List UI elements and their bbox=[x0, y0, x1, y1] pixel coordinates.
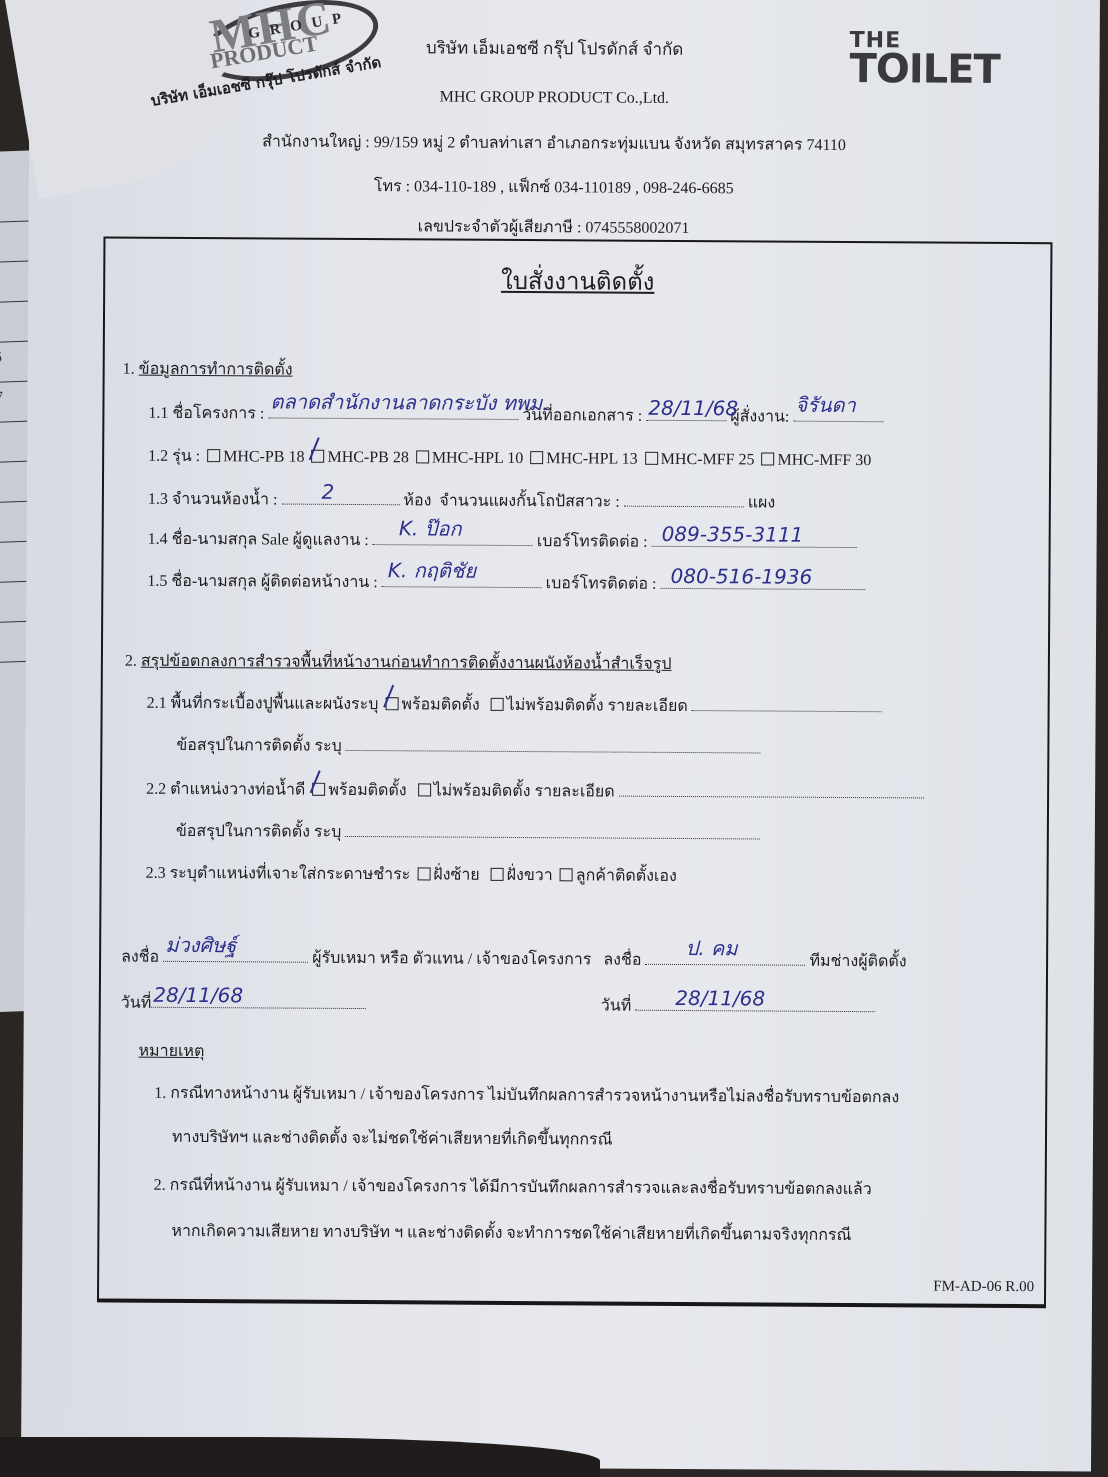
signature-row: ลงชื่อ ม่วงศิษฐ์ ผู้รับเหมา หรือ ตัวแทน … bbox=[121, 945, 907, 975]
row-1-4: 1.4 ชื่อ-นามสกุล Sale ผู้ดูแลงาน : K. ป๊… bbox=[148, 527, 857, 556]
model-checkbox[interactable] bbox=[207, 449, 220, 462]
row-2-2: 2.2 ตำแหน่งวางท่อน้ำดี พร้อมติดตั้ง ไม่พ… bbox=[146, 777, 924, 807]
installer-date-field[interactable]: 28/11/68 bbox=[635, 996, 875, 1012]
ready-checkbox[interactable] bbox=[312, 783, 325, 796]
row-number: 5 bbox=[0, 310, 1, 327]
sale-name-field[interactable]: K. ป๊อก bbox=[373, 530, 533, 546]
model-checkbox[interactable] bbox=[530, 451, 543, 464]
urinal-count-field[interactable] bbox=[624, 492, 744, 508]
ready-checkbox[interactable] bbox=[385, 697, 398, 710]
ordered-by-field[interactable]: จิรันดา bbox=[793, 407, 883, 423]
contractor-signature-field[interactable]: ม่วงศิษฐ์ bbox=[163, 947, 308, 963]
not-ready-checkbox[interactable] bbox=[491, 698, 504, 711]
installation-order-form: MHC GROUP PRODUCT บริษัท เอ็มเอชซี กรุ๊ป… bbox=[21, 0, 1100, 1472]
form-code: FM-AD-06 R.00 bbox=[933, 1279, 1034, 1297]
room-count-field[interactable]: 2 bbox=[281, 490, 399, 506]
row-number: 6 bbox=[0, 350, 2, 367]
row-2-3: 2.3 ระบุตำแหน่งที่เจาะใส่กระดาษชำระ ฝั่ง… bbox=[146, 861, 677, 889]
section2-heading: 2. สรุปข้อตกลงการสำรวจพื้นที่หน้างานก่อน… bbox=[125, 649, 672, 677]
company-phone: โทร : 034-110-189 , แฟ็กซ์ 034-110189 , … bbox=[19, 172, 1089, 204]
detail-field[interactable] bbox=[692, 696, 882, 712]
form-frame: ใบสั่งงานติดตั้ง 1. ข้อมูลการทำการติดตั้… bbox=[97, 236, 1052, 1308]
row-2-1-summary: ข้อสรุปในการติดตั้ง ระบุ bbox=[176, 733, 761, 762]
tissue-position-checkbox[interactable] bbox=[560, 868, 573, 881]
sale-phone-field[interactable]: 089-355-3111 bbox=[652, 532, 857, 548]
model-checkbox[interactable] bbox=[645, 452, 658, 465]
section1-heading: 1. ข้อมูลการทำการติดตั้ง bbox=[123, 357, 293, 383]
row-1-5: 1.5 ชื่อ-นามสกุล ผู้ติดต่อหน้างาน : K. ก… bbox=[147, 569, 865, 598]
summary-field[interactable] bbox=[346, 736, 761, 754]
note-1-line-1: 1. กรณีทางหน้างาน ผู้รับเหมา / เจ้าของโค… bbox=[154, 1081, 899, 1111]
model-checkbox[interactable] bbox=[311, 450, 324, 463]
contact-phone-field[interactable]: 080-516-1936 bbox=[660, 574, 865, 590]
row-1-1: 1.1 ชื่อโครงการ : ตลาดสำนักงานลาดกระบัง … bbox=[148, 401, 883, 430]
note-1-line-2: ทางบริษัทฯ และช่างติดตั้ง จะไม่ชดใช้ค่าเ… bbox=[172, 1125, 613, 1153]
row-number: 7 bbox=[0, 390, 3, 407]
model-checkbox[interactable] bbox=[416, 450, 429, 463]
tissue-position-checkbox[interactable] bbox=[491, 868, 504, 881]
note-2-line-1: 2. กรณีที่หน้างาน ผู้รับเหมา / เจ้าของโค… bbox=[154, 1173, 872, 1202]
notes-heading: หมายเหตุ bbox=[138, 1039, 204, 1064]
row-1-3: 1.3 จำนวนห้องน้ำ : 2 ห้อง จำนวนแผงกั้นโถ… bbox=[148, 487, 776, 516]
note-2-line-2: หากเกิดความเสียหาย ทางบริษัท ฯ และช่างติ… bbox=[171, 1219, 851, 1248]
contact-name-field[interactable]: K. กฤติชัย bbox=[382, 572, 542, 588]
model-checkbox[interactable] bbox=[761, 452, 774, 465]
contractor-date-field[interactable]: 28/11/68 bbox=[151, 993, 366, 1009]
row-2-2-summary: ข้อสรุปในการติดตั้ง ระบุ bbox=[176, 819, 761, 848]
form-title: ใบสั่งงานติดตั้ง bbox=[105, 258, 1050, 303]
detail-field[interactable] bbox=[619, 782, 924, 799]
issue-date-field[interactable]: 28/11/68 bbox=[646, 406, 726, 421]
not-ready-checkbox[interactable] bbox=[418, 783, 431, 796]
date-row-left: วันที่28/11/68 bbox=[121, 991, 367, 1017]
installer-signature-field[interactable]: ป. คม bbox=[645, 950, 805, 966]
tissue-position-checkbox[interactable] bbox=[417, 867, 430, 880]
summary-field[interactable] bbox=[345, 822, 760, 840]
row-1-2: 1.2 รุ่น : MHC-PB 18 MHC-PB 28 MHC-HPL 1… bbox=[148, 444, 871, 473]
date-row-right: วันที่ 28/11/68 bbox=[601, 994, 876, 1021]
row-2-1: 2.1 พื้นที่กระเบื้องปูพื้นและผนังระบุ พร… bbox=[147, 691, 882, 720]
project-name-field[interactable]: ตลาดสำนักงานลาดกระบัง ทพม. bbox=[268, 403, 518, 420]
